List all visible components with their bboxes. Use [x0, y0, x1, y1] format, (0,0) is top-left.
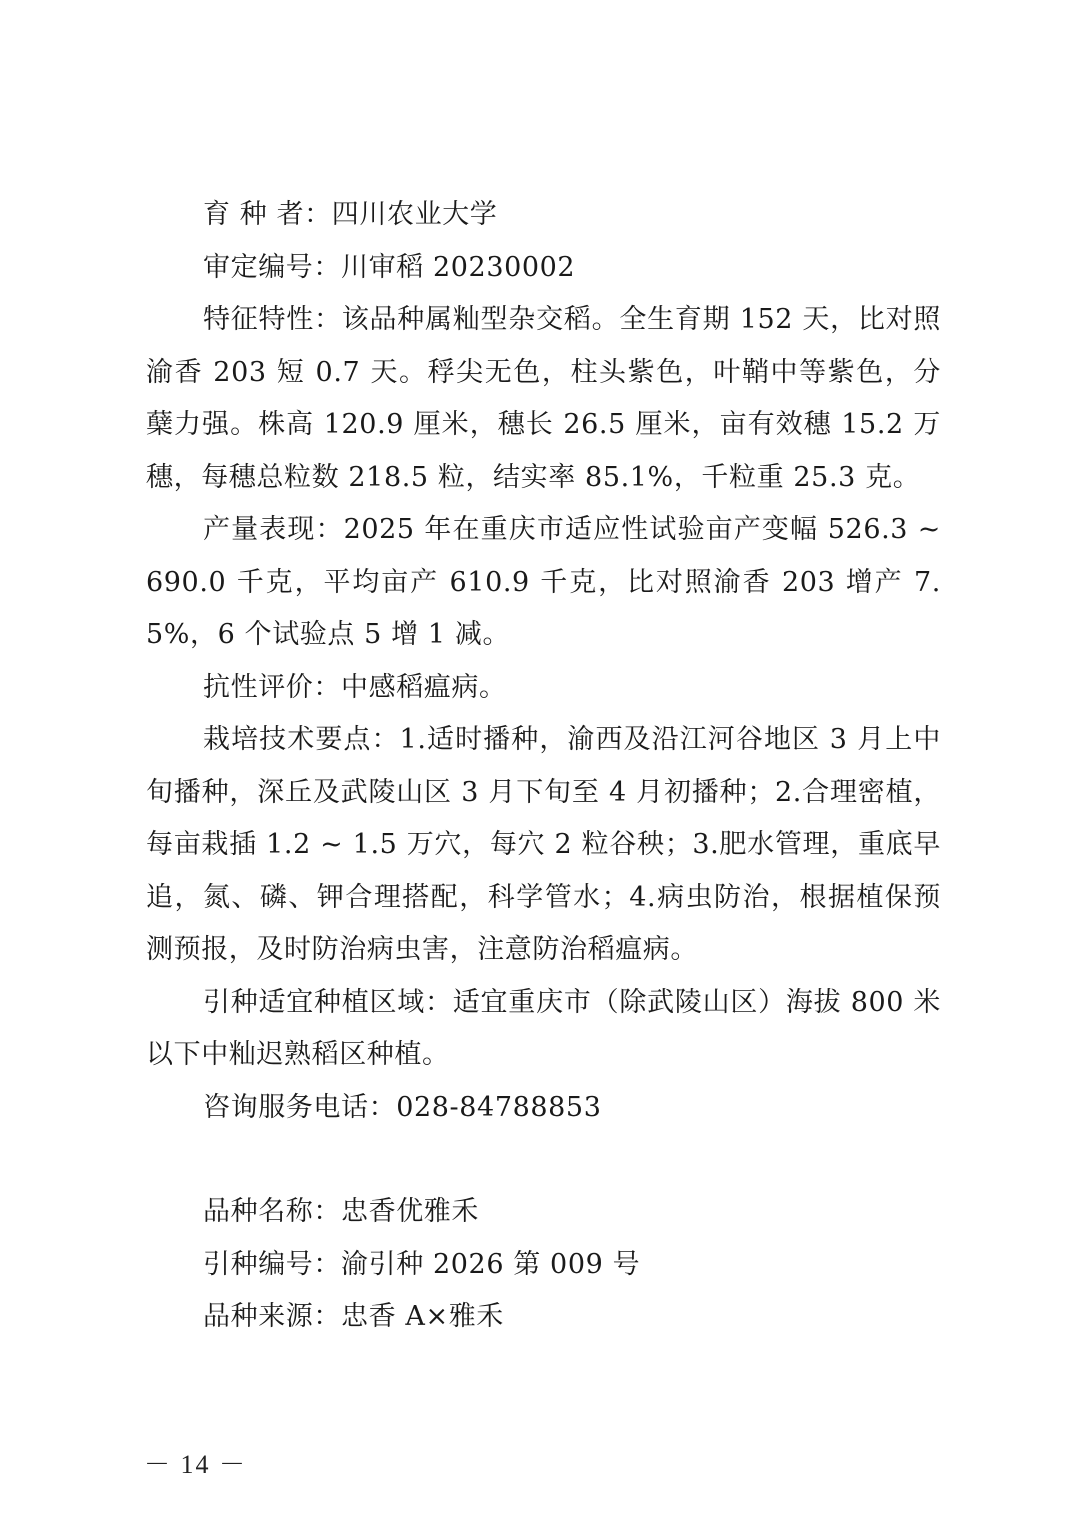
- approval-number-line: 审定编号：川审稻 20230002: [146, 242, 941, 295]
- page-number: － 14 －: [144, 1444, 247, 1481]
- cultivation-paragraph: 栽培技术要点：1.适时播种，渝西及沿江河谷地区 3 月上中旬播种，深丘及武陵山区…: [146, 714, 941, 977]
- resistance-line: 抗性评价：中感稻瘟病。: [146, 662, 941, 715]
- yield-paragraph: 产量表现：2025 年在重庆市适应性试验亩产变幅 526.3 ~ 690.0 千…: [146, 504, 941, 662]
- section-gap: [146, 1134, 941, 1186]
- characteristics-paragraph: 特征特性：该品种属籼型杂交稻。全生育期 152 天，比对照渝香 203 短 0.…: [146, 294, 941, 504]
- variety-source-line: 品种来源：忠香 A×雅禾: [146, 1291, 941, 1344]
- breeder-line: 育 种 者：四川农业大学: [146, 189, 941, 242]
- document-page: 育 种 者：四川农业大学 审定编号：川审稻 20230002 特征特性：该品种属…: [146, 189, 941, 1344]
- phone-line: 咨询服务电话：028-84788853: [146, 1082, 941, 1135]
- region-paragraph: 引种适宜种植区域：适宜重庆市（除武陵山区）海拔 800 米以下中籼迟熟稻区种植。: [146, 977, 941, 1082]
- variety-name-line: 品种名称：忠香优雅禾: [146, 1186, 941, 1239]
- intro-number-line: 引种编号：渝引种 2026 第 009 号: [146, 1239, 941, 1292]
